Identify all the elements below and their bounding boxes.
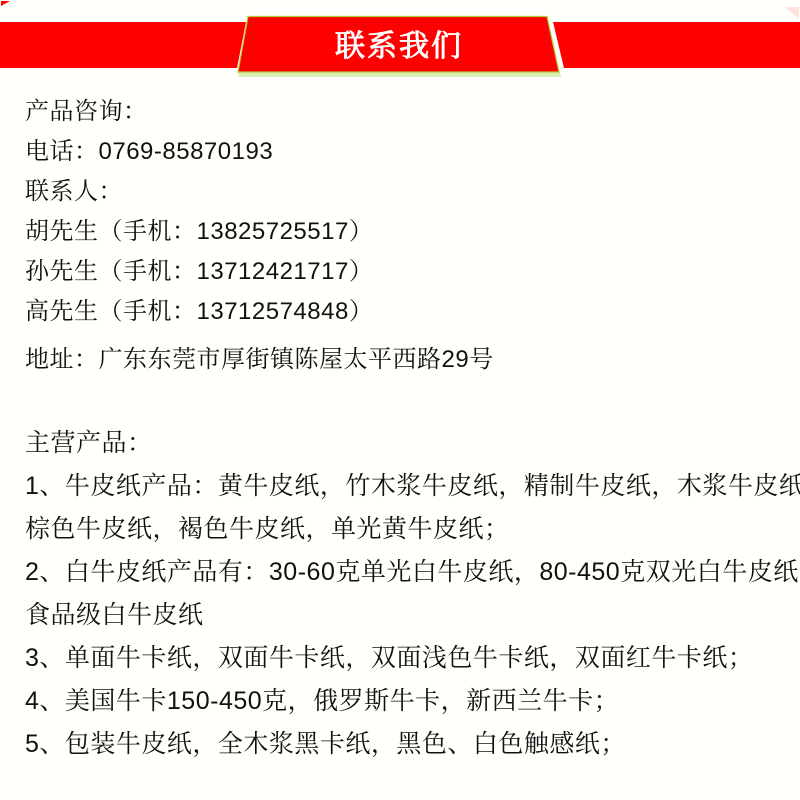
- contact-person-line: 胡先生（手机：13825725517）: [25, 212, 792, 252]
- page-content: 产品咨询： 电话：0769-85870193 联系人： 胡先生（手机：13825…: [25, 92, 792, 766]
- product-line: 3、单面牛卡纸，双面牛卡纸，双面浅色牛卡纸，双面红牛卡纸；: [25, 637, 792, 680]
- product-line: 1、牛皮纸产品：黄牛皮纸，竹木浆牛皮纸，精制牛皮纸，木浆牛皮纸，: [25, 465, 792, 508]
- product-line: 2、白牛皮纸产品有：30-60克单光白牛皮纸，80-450克双光白牛皮纸，: [25, 551, 792, 594]
- main-products-heading: 主营产品：: [25, 422, 792, 465]
- corner-accent-top-right: [785, 7, 799, 19]
- contact-info-section: 产品咨询： 电话：0769-85870193 联系人： 胡先生（手机：13825…: [25, 92, 792, 380]
- product-inquiry-heading: 产品咨询：: [25, 92, 792, 132]
- corner-accent-top-left: [1, 1, 10, 6]
- banner-stripe-left: [0, 22, 246, 68]
- contact-page: 联系我们 产品咨询： 电话：0769-85870193 联系人： 胡先生（手机：…: [0, 0, 800, 800]
- contact-ribbon-banner: 联系我们: [0, 0, 800, 90]
- contact-person-line: 孙先生（手机：13712421717）: [25, 252, 792, 292]
- product-line: 棕色牛皮纸，褐色牛皮纸，单光黄牛皮纸；: [25, 508, 792, 551]
- product-line: 5、包装牛皮纸，全木浆黑卡纸，黑色、白色触感纸；: [25, 723, 792, 766]
- trapezoid-glow: [238, 72, 562, 77]
- banner-title: 联系我们: [250, 26, 548, 68]
- contact-person-label: 联系人：: [25, 172, 792, 212]
- product-line: 4、美国牛卡150-450克，俄罗斯牛卡，新西兰牛卡；: [25, 680, 792, 723]
- main-products-section: 主营产品： 1、牛皮纸产品：黄牛皮纸，竹木浆牛皮纸，精制牛皮纸，木浆牛皮纸， 棕…: [25, 422, 792, 766]
- contact-person-line: 高先生（手机：13712574848）: [25, 292, 792, 332]
- product-line: 食品级白牛皮纸: [25, 594, 792, 637]
- address-line: 地址：广东东莞市厚街镇陈屋太平西路29号: [25, 340, 792, 380]
- banner-stripe-right: [553, 22, 800, 68]
- phone-line: 电话：0769-85870193: [25, 132, 792, 172]
